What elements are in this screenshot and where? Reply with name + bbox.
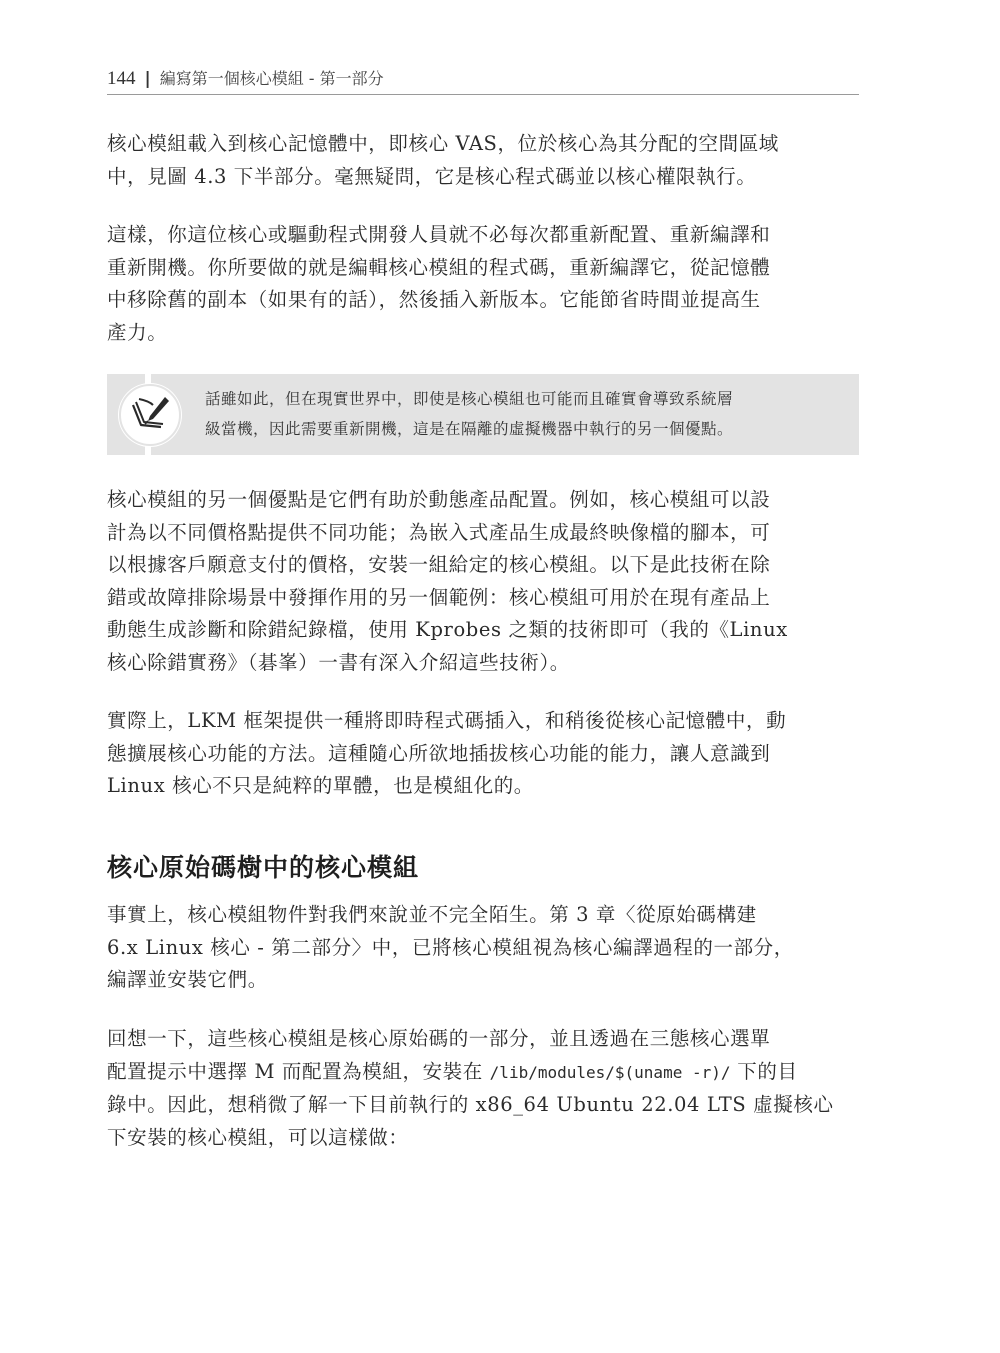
text-line: 重新開機。你所要做的就是編輯核心模組的程式碼，重新編譯它，從記憶體 — [107, 252, 859, 285]
text-segment: 配置提示中選擇 M 而配置為模組，安裝在 — [107, 1060, 490, 1083]
text-line: 核心模組載入到核心記憶體中，即核心 VAS，位於核心為其分配的空間區域 — [107, 128, 859, 161]
text-line: 實際上，LKM 框架提供一種將即時程式碼插入，和稍後從核心記憶體中，動 — [107, 705, 859, 738]
paragraph-recall-modules: 回想一下，這些核心模組是核心原始碼的一部分，並且透過在三態核心選單 配置提示中選… — [107, 1023, 859, 1154]
text-line: 計為以不同價格點提供不同功能；為嵌入式產品生成最終映像檔的腳本，可 — [107, 517, 859, 550]
page-number: 144 — [107, 68, 136, 89]
text-segment: 下的目 — [731, 1060, 798, 1083]
text-line: 回想一下，這些核心模組是核心原始碼的一部分，並且透過在三態核心選單 — [107, 1023, 859, 1056]
text-line: 動態生成診斷和除錯紀錄檔，使用 Kprobes 之類的技術即可（我的《Linux — [107, 614, 859, 647]
paragraph-dynamic-config: 核心模組的另一個優點是它們有助於動態產品配置。例如，核心模組可以設 計為以不同價… — [107, 484, 859, 679]
text-line: 配置提示中選擇 M 而配置為模組，安裝在 /lib/modules/$(unam… — [107, 1056, 859, 1090]
paragraph-no-reboot: 這樣，你這位核心或驅動程式開發人員就不必每次都重新配置、重新編譯和 重新開機。你… — [107, 219, 859, 349]
text-line: 核心除錯實務》（碁峯）一書有深入介紹這些技術）。 — [107, 647, 859, 680]
inline-code-path: /lib/modules/$(uname -r)/ — [490, 1063, 731, 1082]
text-line: 產力。 — [107, 317, 859, 350]
note-icon-badge — [117, 372, 179, 457]
note-icon-circle — [119, 384, 181, 446]
text-line: 以根據客戶願意支付的價格，安裝一組給定的核心模組。以下是此技術在除 — [107, 549, 859, 582]
text-line: Linux 核心不只是純粹的單體，也是模組化的。 — [107, 770, 859, 803]
text-line: 中移除舊的副本（如果有的話），然後插入新版本。它能節省時間並提高生 — [107, 284, 859, 317]
text-line: 態擴展核心功能的方法。這種隨心所欲地插拔核心功能的能力，讓人意識到 — [107, 738, 859, 771]
text-line: 事實上，核心模組物件對我們來說並不完全陌生。第 3 章〈從原始碼構建 — [107, 899, 859, 932]
header-separator: | — [145, 69, 151, 89]
text-line: 中，見圖 4.3 下半部分。毫無疑問，它是核心程式碼並以核心權限執行。 — [107, 161, 859, 194]
section-heading: 核心原始碼樹中的核心模組 — [107, 848, 419, 884]
text-line: 錯或故障排除場景中發揮作用的另一個範例：核心模組可用於在現有產品上 — [107, 582, 859, 615]
paragraph-lkm-framework: 實際上，LKM 框架提供一種將即時程式碼插入，和稍後從核心記憶體中，動 態擴展核… — [107, 705, 859, 803]
paragraph-kernel-vas: 核心模組載入到核心記憶體中，即核心 VAS，位於核心為其分配的空間區域 中，見圖… — [107, 128, 859, 193]
note-line: 話雖如此，但在現實世界中，即使是核心模組也可能而且確實會導致系統層 — [205, 384, 845, 414]
paragraph-not-unfamiliar: 事實上，核心模組物件對我們來說並不完全陌生。第 3 章〈從原始碼構建 6.x L… — [107, 899, 859, 997]
chapter-title: 編寫第一個核心模組 - 第一部分 — [160, 69, 384, 88]
note-line: 級當機，因此需要重新開機，這是在隔離的虛擬機器中執行的另一個優點。 — [205, 414, 845, 444]
text-line: 這樣，你這位核心或驅動程式開發人員就不必每次都重新配置、重新編譯和 — [107, 219, 859, 252]
text-line: 6.x Linux 核心 - 第二部分〉中，已將核心模組視為核心編譯過程的一部分… — [107, 932, 859, 965]
note-text: 話雖如此，但在現實世界中，即使是核心模組也可能而且確實會導致系統層 級當機，因此… — [205, 384, 845, 444]
text-line: 編譯並安裝它們。 — [107, 964, 859, 997]
running-header: 144|編寫第一個核心模組 - 第一部分 — [107, 62, 859, 95]
text-line: 錄中。因此，想稍微了解一下目前執行的 x86_64 Ubuntu 22.04 L… — [107, 1089, 859, 1122]
note-callout: 話雖如此，但在現實世界中，即使是核心模組也可能而且確實會導致系統層 級當機，因此… — [107, 374, 859, 455]
text-line: 下安裝的核心模組，可以這樣做： — [107, 1122, 859, 1155]
text-line: 核心模組的另一個優點是它們有助於動態產品配置。例如，核心模組可以設 — [107, 484, 859, 517]
